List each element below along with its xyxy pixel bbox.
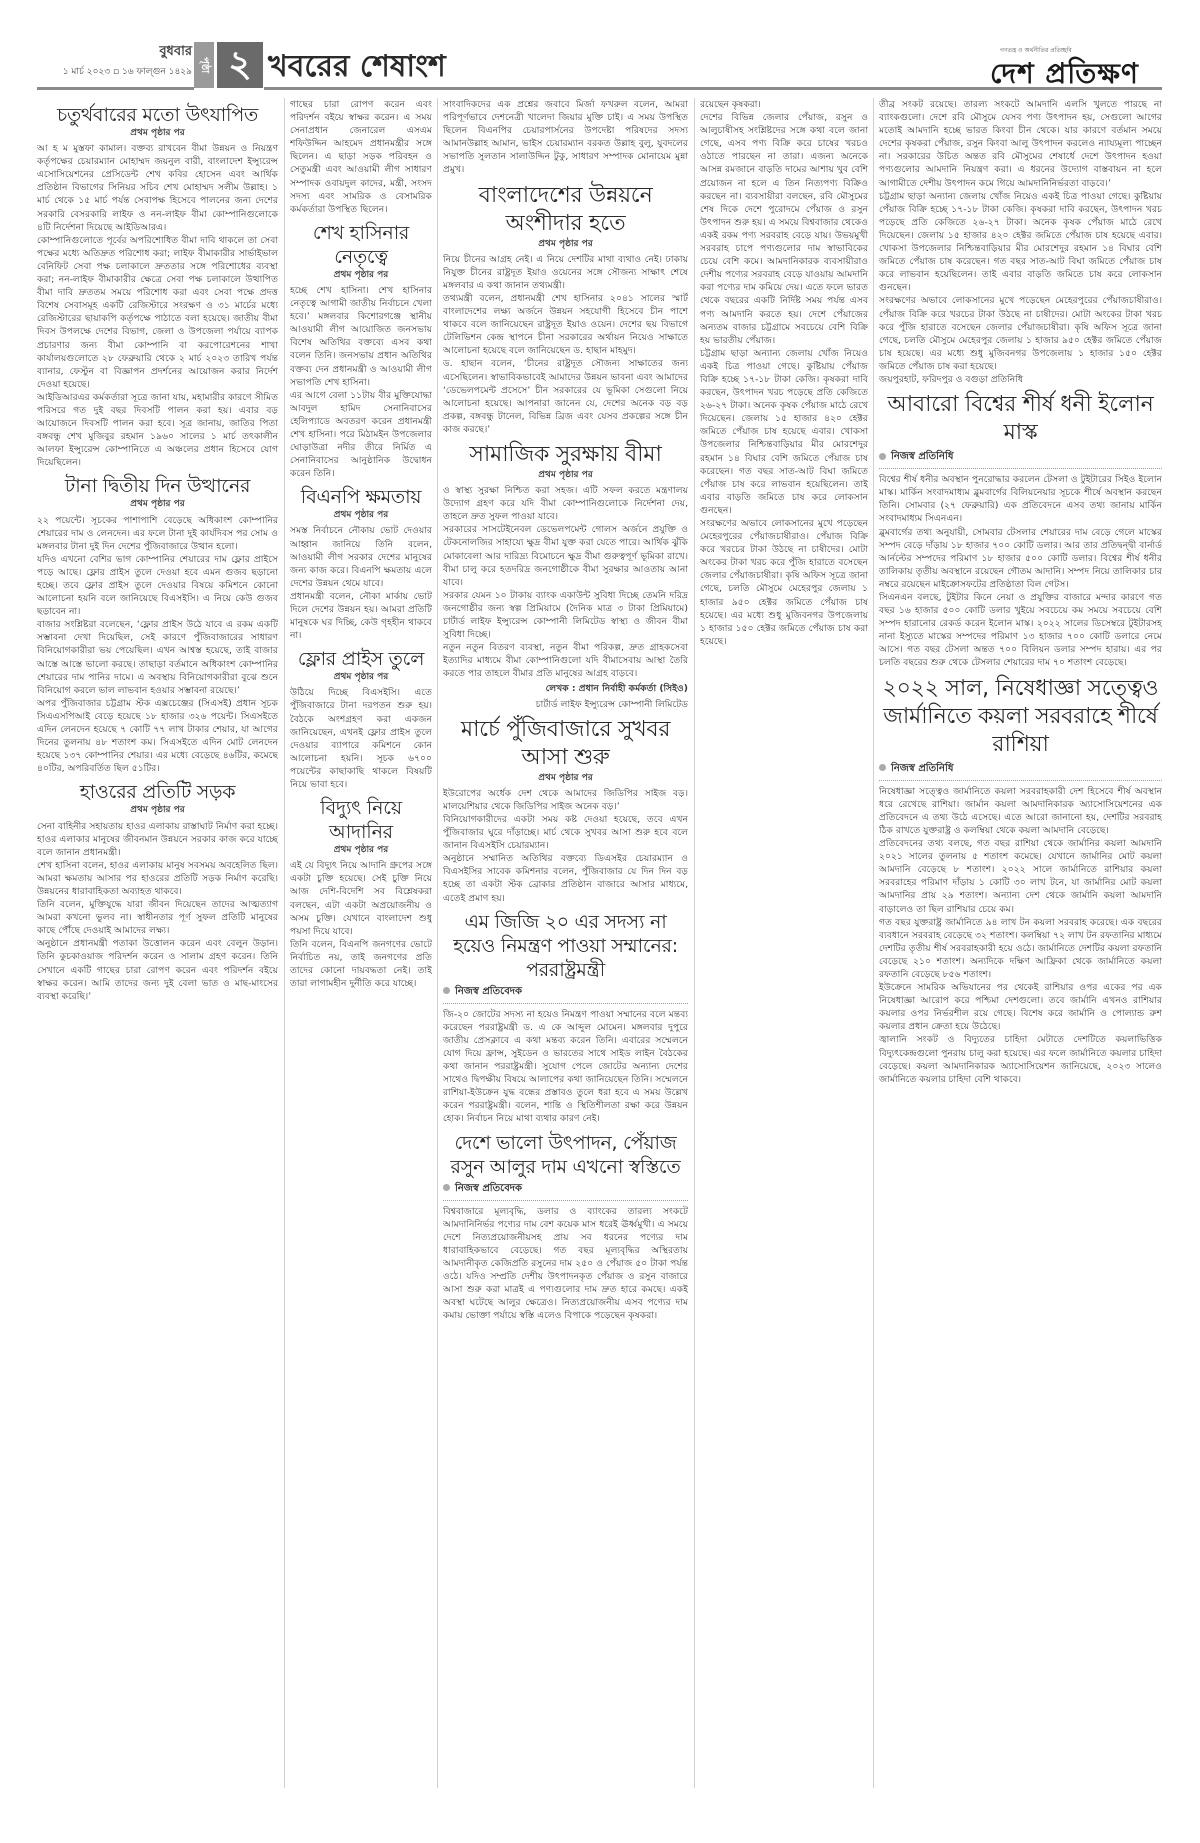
article-paragraph: তথ্যমন্ত্রী বলেন, প্রধানমন্ত্রী শেখ হাসি… — [443, 292, 688, 357]
article-paragraph: দেশের বিভিন্ন জেলার পেঁয়াজ, রসুন ও আলুচ… — [700, 111, 868, 347]
continued-label: প্রথম পৃষ্ঠার পর — [290, 844, 432, 857]
article-paragraph: ২২ পয়েন্টে। সূচকের পাশাপাশি বেড়েছে অধি… — [37, 514, 278, 553]
column-divider — [694, 98, 695, 1788]
article-paragraph: প্রতিবেদনের তথ্য বলছে, গত বছর রাশিয়া থে… — [879, 837, 1162, 916]
header-rule-left — [37, 87, 194, 90]
article-paragraph: সমস্ত নির্বাচনে নৌকায় ভোট দেওয়ার আহ্বা… — [290, 524, 432, 589]
article-paragraph: আইডিআরএর কর্মকর্তারা সূত্রে জানা যায়, ম… — [37, 391, 278, 470]
bullet-icon — [879, 764, 886, 771]
column-divider — [284, 98, 285, 1788]
article-paragraph: ও স্বাস্থ্য সুরক্ষা নিশ্চিত করা সহজ। এটি… — [443, 484, 688, 523]
headline-sheikh-hasina: শেখ হাসিনার নেতৃত্বে — [290, 221, 432, 269]
article-author: লেখক : প্রধান নির্বাহী কর্মকর্তা (সিইও) — [443, 682, 688, 695]
article-paragraph: চট্টগ্রাম ছাড়া অন্যান্য জেলায় খোঁজ নিয… — [879, 190, 1162, 295]
header-weekday: বুধবার — [159, 42, 192, 63]
byline: নিজস্ব প্রতিনিধি — [879, 450, 1162, 469]
article-paragraph: জয়পুরহাট, ফরিদপুর ও বগুড়া প্রতিনিধি — [879, 373, 1162, 386]
article-paragraph: কোম্পানিগুলোতে পূর্বের অপরিশোধিত বীমা দা… — [37, 234, 278, 391]
article-paragraph: ইউরোপের অর্ধেক দেশ থেকে আমাদের জিডিপির স… — [443, 787, 688, 813]
article-paragraph: নতুন নতুন বিতরণ ব্যবস্থা, নতুন বীমা পরিক… — [443, 641, 688, 680]
continued-label: প্রথম পৃষ্ঠার পর — [37, 127, 278, 140]
article-paragraph: সাংবাদিকদের এক প্রশ্নের জবাবে মির্জা ফখর… — [443, 98, 688, 177]
article-paragraph: অনুষ্ঠানে প্রধানমন্ত্রী পতাকা উত্তোলন কর… — [37, 937, 278, 1002]
column-2: গাছের চারা রোপণ করেন এবং পরিদর্শন বইয়ে … — [290, 98, 432, 1788]
article-paragraph: ড. হাছান বলেন, ‘চীনের রাষ্ট্রদূত সৌজন্য … — [443, 357, 688, 436]
article-paragraph: বাজার সংশ্লিষ্টরা বলেছেন, ‘ফ্লোর প্রাইস … — [37, 618, 278, 697]
byline: নিজস্ব প্রতিবেদক — [443, 1182, 688, 1201]
headline-elon-musk: আবারো বিশ্বের শীর্ষ ধনী ইলোন মাস্ক — [879, 391, 1162, 447]
article-paragraph: সরকার যেমন ১০ টাকায় ব্যাংক একাউন্ট সুবি… — [443, 589, 688, 641]
article-paragraph: অপর পুঁজিবাজার চট্টগ্রাম স্টক এক্সচেঞ্জে… — [37, 697, 278, 776]
article-paragraph: প্রধানমন্ত্রী বলেন, নৌকা মার্কায় ভোট দি… — [290, 590, 432, 642]
byline: নিজস্ব প্রতিবেদক — [443, 985, 688, 1004]
article-paragraph: সরকারের সাসটেইনেবল ডেভেলপমেন্ট গোলস অর্জ… — [443, 523, 688, 588]
article-paragraph: অনুষ্ঠানে সম্মানিত অতিথির বক্তব্যে ডিএসই… — [443, 852, 688, 904]
article-paragraph: নিয়ে চীনের আগ্রহ নেই। এ নিয়ে দেশটির মা… — [443, 253, 688, 292]
continued-label: প্রথম পৃষ্ঠার পর — [290, 509, 432, 522]
headline-g20: এম জিজি ২০ এর সদস্য না হয়েও নিমন্ত্রণ প… — [443, 910, 688, 982]
headline-onion-garlic: দেশে ভালো উৎপাদন, পেঁয়াজ রসুন আলুর দাম … — [443, 1131, 688, 1179]
article-paragraph: ব্লুমবার্গের তথ্য অনুযায়ী, সোমবার টেসলা… — [879, 526, 1162, 591]
headline-russia-coal: ২০২২ সাল, নিষেধাজ্ঞা সত্ত্বেও জার্মানিতে… — [879, 675, 1162, 759]
headline-china-partner: বাংলাদেশের উন্নয়নে অংশীদার হতে — [443, 182, 688, 238]
continued-label: প্রথম পৃষ্ঠার পর — [37, 804, 278, 817]
article-paragraph: জ্বালানি সংকট ও বিদ্যুতের চাহিদা মেটাতে … — [879, 1033, 1162, 1085]
article-paragraph: তিনি বলেন, বিএনপি জনগণের ভোটে নির্বাচিত … — [290, 938, 432, 990]
continued-label: প্রথম পৃষ্ঠার পর — [443, 238, 688, 251]
continued-label: প্রথম পৃষ্ঠার পর — [290, 671, 432, 684]
column-divider — [873, 98, 874, 1788]
headline-bnp: বিএনপি ক্ষমতায় — [290, 485, 432, 509]
article-paragraph: গত বছর যুক্তরাষ্ট্র জার্মানিতে ৯৪ লাখ টন… — [879, 916, 1162, 981]
page-label: পৃষ্ঠা — [194, 42, 214, 88]
continued-label: প্রথম পৃষ্ঠার পর — [443, 469, 688, 482]
headline-social-insurance: সামাজিক সুরক্ষায় বীমা — [443, 441, 688, 469]
article-paragraph: সংরক্ষণের অভাবে লোকসানের মুখে পড়েছেন মে… — [700, 517, 868, 648]
section-title: খবরের শেষাংশ — [268, 42, 446, 93]
column-divider — [437, 98, 438, 1788]
newspaper-logo: দেশ প্রতিক্ষণ — [990, 52, 1139, 99]
article-paragraph: এই যে বিদ্যুৎ নিয়ে আদানি গ্রুপের সঙ্গে … — [290, 859, 432, 938]
article-paragraph: যদিও এখনো বেশির ভাগ কোম্পানির শেয়ারের দ… — [37, 553, 278, 618]
article-paragraph: বিনিয়োগকারীদের একটা সময় কষ্ট দেওয়া হয… — [443, 813, 688, 852]
headline-march-stock: মার্চে পুঁজিবাজারে সুখবর আসা শুরু — [443, 716, 688, 772]
article-paragraph: তীব্র সংকট রয়েছে। তারল্য সংকটে আমদানি এ… — [879, 98, 1162, 190]
continued-label: প্রথম পৃষ্ঠার পর — [443, 772, 688, 785]
page-number: ২ — [217, 42, 263, 88]
headline-share-price: টানা দ্বিতীয় দিন উত্থানের — [37, 474, 278, 498]
article-paragraph: গাছের চারা রোপণ করেন এবং পরিদর্শন বইয়ে … — [290, 98, 432, 216]
headline-haor-road: হাওরের প্রতিটি সড়ক — [37, 780, 278, 804]
article-paragraph: বিশ্ববাজারে মূল্যবৃদ্ধি, ডলার ও ব্যাংকের… — [443, 1205, 688, 1323]
article-paragraph: হচ্ছে শেখ হাসিনা। শেখ হাসিনার নেতৃত্বে আ… — [290, 284, 432, 389]
byline: নিজস্ব প্রতিনিধি — [879, 762, 1162, 781]
article-paragraph: চট্টগ্রাম ছাড়া অন্যান্য জেলায় খোঁজ নিয… — [700, 347, 868, 517]
headline-adani: বিদ্যুৎ নিয়ে আদানির — [290, 796, 432, 844]
bullet-icon — [879, 453, 886, 460]
article-paragraph: উঠিয়ে দিচ্ছে বিএসইসি। এতে পুঁজিবাজারে ট… — [290, 686, 432, 791]
column-1: চতুর্থবারের মতো উৎযাপিত প্রথম পৃষ্ঠার পর… — [37, 98, 278, 1788]
article-paragraph: তিনি বলেন, মুক্তিযুদ্ধে যারা জীবন দিয়েছ… — [37, 898, 278, 937]
bullet-icon — [443, 1184, 450, 1191]
column-4: রয়েছেন কৃষকরা। দেশের বিভিন্ন জেলার পেঁয… — [700, 98, 868, 1788]
article-paragraph: নিষেধাজ্ঞা সত্ত্বেও জার্মানিতে কয়লা সরব… — [879, 785, 1162, 837]
article-author-org: চার্টার্ড লাইফ ইন্স্যুরেন্স কোম্পানী লিম… — [443, 698, 688, 711]
article-paragraph: সিএনএন বলছে, টুইটার কিনে নেয়া ও প্রযুক্… — [879, 591, 1162, 670]
headline-insurance-day: চতুর্থবারের মতো উৎযাপিত — [37, 103, 278, 127]
article-paragraph: আ হ ম মুস্তফা কামাল। বক্তব্য রাখবেন বীমা… — [37, 142, 278, 234]
article-paragraph: শেখ হাসিনা বলেন, হাওর এলাকায় মানুষ সবসম… — [37, 859, 278, 898]
header-date: ১ মার্চ ২০২৩ ▫ ১৬ ফাল্গুন ১৪২৯ — [63, 64, 192, 79]
article-paragraph: বিশ্বের শীর্ষ ধনীর অবস্থান পুনরোদ্ধার কর… — [879, 473, 1162, 525]
article-paragraph: ইউক্রেনে সামরিক অভিযানের পর থেকেই রাশিয়… — [879, 981, 1162, 1033]
article-paragraph: সেনা বাহিনীর সহায়তায় হাওর এলাকায় রাস্… — [37, 820, 278, 859]
continued-label: প্রথম পৃষ্ঠার পর — [37, 498, 278, 511]
column-5: তীব্র সংকট রয়েছে। তারল্য সংকটে আমদানি এ… — [879, 98, 1162, 1788]
continued-label: প্রথম পৃষ্ঠার পর — [290, 269, 432, 282]
article-paragraph: সংরক্ষণের অভাবে লোকসানের মুখে পড়েছেন মে… — [879, 294, 1162, 373]
headline-floor-price: ফ্লোর প্রাইস তুলে — [290, 647, 432, 671]
article-paragraph: এর আগে বেলা ১১টায় বীর মুক্তিযোদ্ধা আবদু… — [290, 389, 432, 481]
page-header: বুধবার ১ মার্চ ২০২৩ ▫ ১৬ ফাল্গুন ১৪২৯ পৃ… — [0, 0, 1200, 92]
article-paragraph: রয়েছেন কৃষকরা। — [700, 98, 868, 111]
bullet-icon — [443, 987, 450, 994]
column-3: সাংবাদিকদের এক প্রশ্নের জবাবে মির্জা ফখর… — [443, 98, 688, 1788]
article-paragraph: জি-২০ জোটের সদস্য না হয়েও নিমন্ত্রণ পাও… — [443, 1008, 688, 1126]
